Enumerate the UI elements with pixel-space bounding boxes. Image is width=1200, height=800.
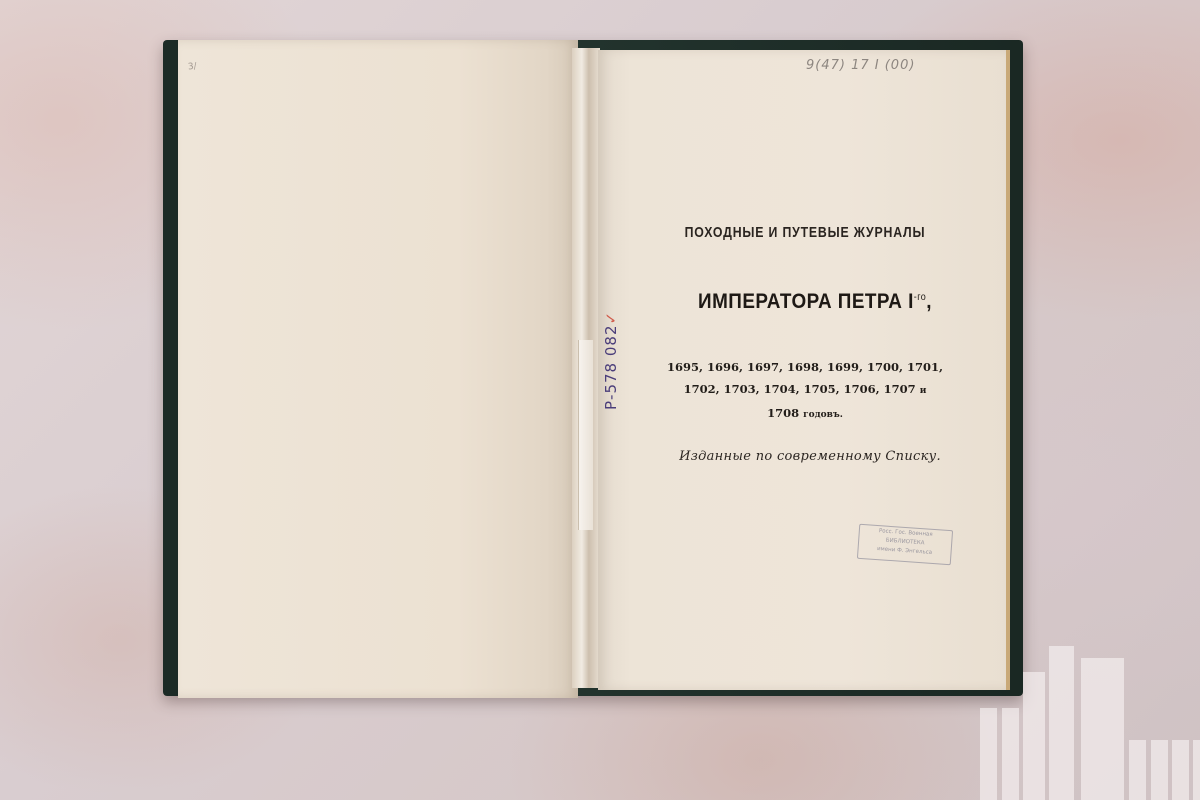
check-mark-icon: ✓ bbox=[602, 311, 620, 325]
title-emperor: ИМПЕРАТОРА ПЕТРА I bbox=[698, 290, 914, 313]
years-line-1: 1695, 1696, 1697, 1698, 1699, 1700, 1701… bbox=[640, 356, 970, 378]
years-line-2-text: 1702, 1703, 1704, 1705, 1706, 1707 bbox=[684, 382, 916, 396]
title-suffix: -го bbox=[914, 292, 926, 303]
bar-chart-logo-icon bbox=[970, 642, 1200, 800]
years-word: годовъ. bbox=[803, 410, 843, 420]
watermark-bar bbox=[1049, 646, 1074, 800]
years-conjunction: и bbox=[920, 386, 927, 396]
years-block: 1695, 1696, 1697, 1698, 1699, 1700, 1701… bbox=[640, 356, 970, 426]
watermark-bar bbox=[1151, 740, 1168, 800]
watermark-bar bbox=[1193, 740, 1200, 800]
title-comma: , bbox=[926, 290, 932, 313]
title-line-2: ИМПЕРАТОРА ПЕТРА I-го, bbox=[658, 290, 973, 314]
title-line-1: ПОХОДНЫЕ И ПУТЕВЫЕ ЖУРНАЛЫ bbox=[670, 224, 941, 241]
watermark-bar bbox=[1023, 672, 1045, 800]
pencil-note: 3/ bbox=[188, 62, 198, 73]
years-line-3: 1708 годовъ. bbox=[640, 402, 970, 426]
inventory-number-text: Р-578 082 bbox=[602, 325, 620, 411]
watermark-bar bbox=[980, 708, 997, 800]
years-line-3-text: 1708 bbox=[767, 406, 799, 420]
left-page bbox=[178, 40, 578, 698]
inventory-number: Р-578 082✓ bbox=[602, 311, 620, 410]
watermark-bar bbox=[1172, 740, 1189, 800]
binding-strip bbox=[578, 340, 593, 530]
subtitle: Изданные по современному Списку. bbox=[640, 449, 980, 464]
years-line-2: 1702, 1703, 1704, 1705, 1706, 1707 и bbox=[640, 378, 970, 402]
watermark-bar bbox=[1002, 708, 1019, 800]
watermark-bar bbox=[1129, 740, 1146, 800]
pencil-shelfmark: 9(47) 17 I (00) bbox=[806, 58, 915, 73]
library-stamp: Росс. Гос. Военная БИБЛИОТЕКА имени Ф. Э… bbox=[857, 524, 953, 565]
watermark-bar bbox=[1081, 658, 1124, 800]
